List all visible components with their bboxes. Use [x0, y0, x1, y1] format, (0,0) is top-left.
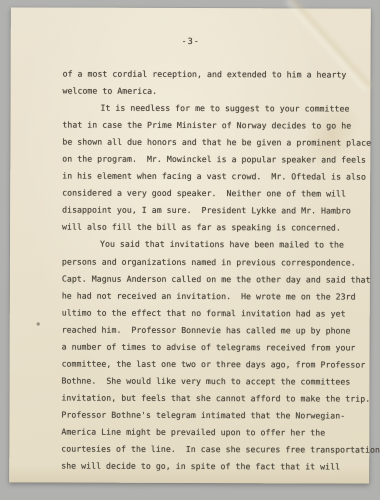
- typed-line: she will decide to go, in spite of the f…: [61, 458, 359, 476]
- typed-line: in his element when facing a vast crowd.…: [62, 168, 360, 186]
- typed-line: considered a very good speaker. Neither …: [62, 185, 360, 203]
- typed-line: disappoint you, I am sure. President Lyk…: [62, 202, 360, 220]
- typed-line: ultimo to the effect that no formal invi…: [62, 304, 360, 322]
- typed-line: will also fill the bill as far as speaki…: [62, 219, 360, 237]
- scanned-letter-background: -3- of a most cordial reception, and ext…: [0, 0, 380, 500]
- typed-line: be shown all due honors and that he be g…: [62, 134, 360, 152]
- typed-line: committee, the last one two or three day…: [62, 355, 360, 373]
- typed-line: Professor Bothne's telegram intimated th…: [61, 406, 359, 424]
- page-number: -3-: [11, 36, 371, 47]
- typed-line: persons and organizations named in previ…: [62, 253, 360, 271]
- typed-line: It is needless for me to suggest to your…: [62, 100, 360, 118]
- typed-line: invitation, but feels that she cannot af…: [61, 389, 359, 407]
- typed-line: America Line might be prevailed upon to …: [61, 424, 359, 442]
- margin-ink-speck: [37, 322, 40, 325]
- typed-line: Capt. Magnus Anderson called on me the o…: [62, 270, 360, 288]
- typed-line: he had not received an invitation. He wr…: [62, 287, 360, 305]
- letter-page: -3- of a most cordial reception, and ext…: [9, 7, 371, 483]
- typed-line: reached him. Professor Bonnevie has call…: [62, 321, 360, 339]
- typed-line: that in case the Prime Minister of Norwa…: [62, 117, 360, 135]
- typed-line: of a most cordial reception, and extende…: [63, 66, 361, 84]
- typed-line: welcome to America.: [63, 83, 361, 101]
- typed-line: Bothne. She would like very much to acce…: [61, 372, 359, 390]
- typed-line: on the program. Mr. Mowinckel is a popul…: [62, 151, 360, 169]
- typed-line: You said that invitations have been mail…: [62, 236, 360, 254]
- typed-line: a number of times to advise of telegrams…: [62, 338, 360, 356]
- typed-line: courtesies of the line. In case she secu…: [61, 441, 359, 459]
- typed-text-block: of a most cordial reception, and extende…: [61, 66, 360, 476]
